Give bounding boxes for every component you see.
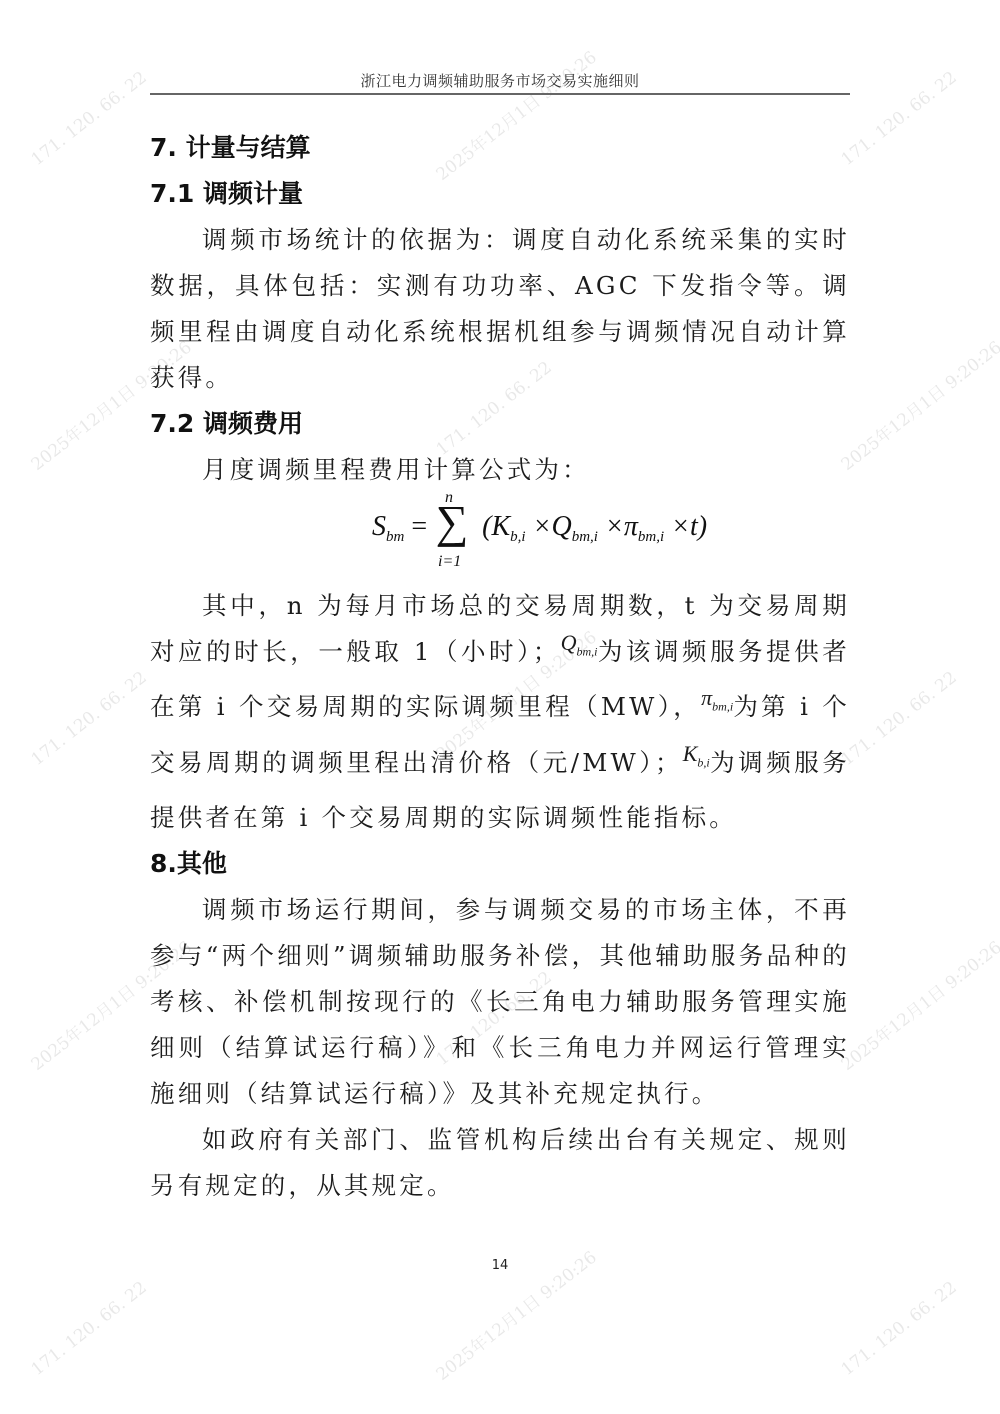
- mileage-fee-formula: n ∑ i=1 Sbm = (Kb,i ×Qbm,i ×πbm,i ×t): [150, 493, 850, 583]
- section-7-heading: 7. 计量与结算: [150, 125, 850, 171]
- symbol-k: Kb,i: [683, 741, 710, 766]
- watermark-ip: 171. 120. 66. 22: [838, 1278, 961, 1380]
- watermark-ip: 171. 120. 66. 22: [28, 68, 151, 170]
- page-number: 14: [0, 1258, 1000, 1273]
- section-8-paragraph-1: 调频市场运行期间，参与调频交易的市场主体，不再参与“两个细则”调频辅助服务补偿，…: [150, 887, 850, 1117]
- document-page: 171. 120. 66. 22 2025年12月1日 9:20:26 171.…: [0, 0, 1000, 1414]
- watermark-ip: 171. 120. 66. 22: [838, 668, 961, 770]
- watermark-ip: 171. 120. 66. 22: [28, 1278, 151, 1380]
- section-8-heading: 8.其他: [150, 841, 850, 887]
- formula-explanation: 其中，n 为每月市场总的交易周期数，t 为交易周期对应的时长，一般取 1（小时）…: [150, 583, 850, 841]
- section-7-1-heading: 7.1 调频计量: [150, 171, 850, 217]
- formula-expression: Sbm = (Kb,i ×Qbm,i ×πbm,i ×t): [372, 511, 707, 546]
- section-7-2-heading: 7.2 调频费用: [150, 401, 850, 447]
- watermark-ip: 171. 120. 66. 22: [838, 68, 961, 170]
- section-7-1-paragraph: 调频市场统计的依据为：调度自动化系统采集的实时数据，具体包括：实测有功功率、AG…: [150, 217, 850, 401]
- section-8-paragraph-2: 如政府有关部门、监管机构后续出台有关规定、规则另有规定的，从其规定。: [150, 1117, 850, 1209]
- formula-intro: 月度调频里程费用计算公式为：: [150, 447, 850, 493]
- symbol-pi: πbm,i: [701, 685, 733, 710]
- header-divider: [150, 93, 850, 95]
- watermark-ip: 171. 120. 66. 22: [28, 668, 151, 770]
- watermark-timestamp: 2025年12月1日 9:20:26: [835, 334, 1000, 475]
- watermark-timestamp: 2025年12月1日 9:20:26: [835, 934, 1000, 1075]
- sum-lower-limit: i=1: [438, 553, 461, 571]
- symbol-q: Qbm,i: [561, 630, 598, 655]
- running-header-title: 浙江电力调频辅助服务市场交易实施细则: [150, 70, 850, 91]
- document-body: 7. 计量与结算 7.1 调频计量 调频市场统计的依据为：调度自动化系统采集的实…: [150, 125, 850, 1209]
